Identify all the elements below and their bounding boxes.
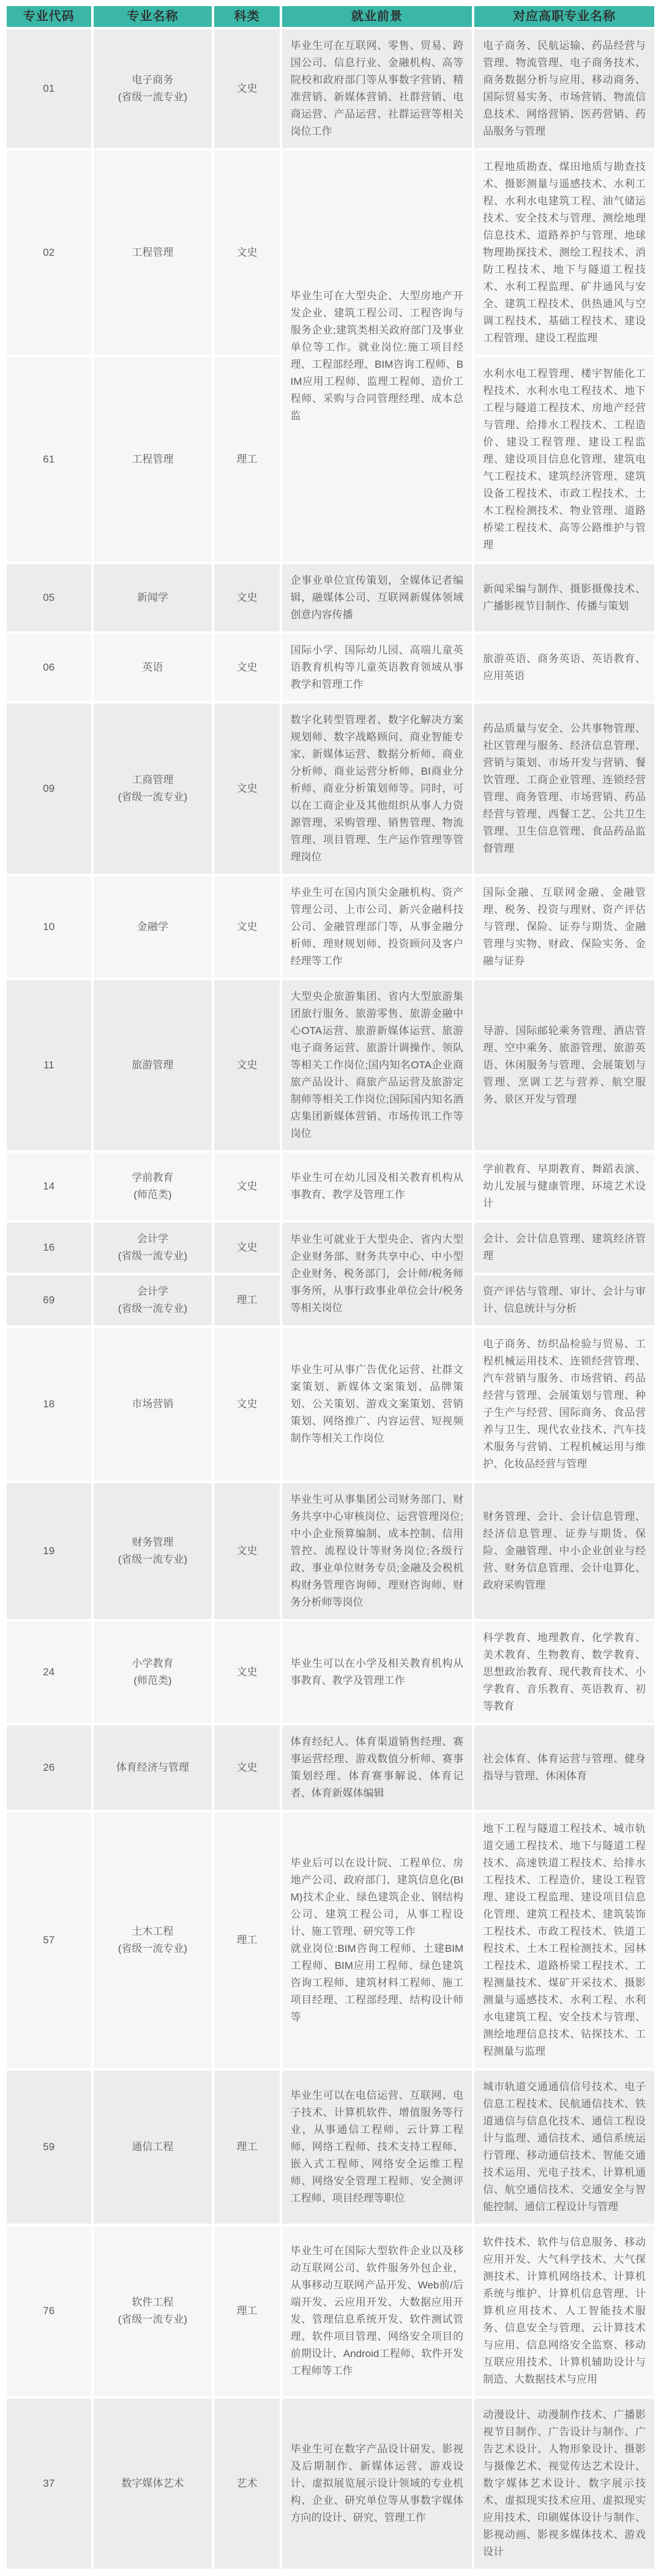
- major-name-note: (省级一流专业): [96, 2311, 210, 2328]
- major-name: 金融学: [94, 876, 212, 978]
- subject-type: 理工: [214, 357, 279, 562]
- subject-type: 文史: [214, 564, 279, 631]
- major-name: 市场营销: [94, 1328, 212, 1481]
- major-name-text: 工程管理: [96, 244, 210, 261]
- employment-prospects: 毕业生可以在电信运营、互联网、电子技术、计算机软件、增值服务等行业，从事通信工程…: [282, 2071, 472, 2224]
- major-name: 旅游管理: [94, 980, 212, 1150]
- major-name-text: 体育经济与管理: [96, 1759, 210, 1776]
- subject-type: 理工: [214, 2071, 279, 2224]
- major-code: 18: [7, 1328, 91, 1481]
- major-name: 通信工程: [94, 2071, 212, 2224]
- employment-prospects: 毕业生可在互联网、零售、贸易、跨国公司、信息行业、金融机构、高等院校和政府部门等…: [282, 29, 472, 148]
- table-row: 26 体育经济与管理 文史 体育经纪人、体育渠道销售经理、赛事运营经理、游戏数值…: [7, 1725, 654, 1810]
- employment-prospects-merged: 毕业生可就业于大型央企、省内大型企业财务部、财务共享中心、中小型企业财务、税务部…: [282, 1223, 472, 1325]
- vocational-majors: 会计、会计信息管理、建筑经济管理: [474, 1223, 654, 1273]
- major-name-text: 英语: [96, 659, 210, 676]
- employment-prospects: 毕业生可在国际大型软件企业以及移动互联网公司、软件服务外包企业，从事移动互联网产…: [282, 2226, 472, 2396]
- major-name-text: 市场营销: [96, 1396, 210, 1413]
- table-row: 19 财务管理(省级一流专业) 文史 毕业生可从事集团公司财务部门、财务共享中心…: [7, 1483, 654, 1619]
- subject-type: 文史: [214, 151, 279, 355]
- major-name: 会计学(省级一流专业): [94, 1275, 212, 1325]
- table-row: 57 土木工程(省级一流专业) 理工 毕业后可以在设计院、工程单位、房地产公司、…: [7, 1812, 654, 2068]
- vocational-majors: 地下工程与隧道工程技术、城市轨道交通工程技术、地下与隧道工程技术、高速铁道工程技…: [474, 1812, 654, 2068]
- employment-prospects: 企事业单位宣传策划，全媒体记者编辑，融媒体公司、互联网新媒体领域创意内容传播: [282, 564, 472, 631]
- major-code: 19: [7, 1483, 91, 1619]
- majors-table-page: 专业代码 专业名称 科类 就业前景 对应高职专业名称 01 电子商务(省级一流专…: [0, 0, 661, 2576]
- subject-type: 文史: [214, 1153, 279, 1220]
- major-code: 16: [7, 1223, 91, 1273]
- vocational-majors: 动漫设计、动漫制作技术、广播影视节目制作、广告设计与制作、广告艺术设计、人物形象…: [474, 2399, 654, 2569]
- major-name-note: (省级一流专业): [96, 789, 210, 806]
- major-name-text: 旅游管理: [96, 1057, 210, 1074]
- header-major-name: 专业名称: [94, 6, 212, 27]
- subject-type: 文史: [214, 876, 279, 978]
- major-code: 02: [7, 151, 91, 355]
- employment-prospects: 体育经纪人、体育渠道销售经理、赛事运营经理、游戏数值分析师、赛事策划经理、体育赛…: [282, 1725, 472, 1810]
- vocational-majors: 社会体育、体育运营与管理、健身指导与管理、休闲体育: [474, 1725, 654, 1810]
- header-employment-prospects: 就业前景: [282, 6, 472, 27]
- subject-type: 文史: [214, 634, 279, 701]
- major-code: 59: [7, 2071, 91, 2224]
- table-row: 02 工程管理 文史 毕业生可在大型央企、大型房地产开发企业、建筑工程公司、工程…: [7, 151, 654, 355]
- major-name: 软件工程(省级一流专业): [94, 2226, 212, 2396]
- table-row: 11 旅游管理 文史 大型央企旅游集团、省内大型旅游集团旅行服务、旅游零售、旅游…: [7, 980, 654, 1150]
- table-row: 16 会计学(省级一流专业) 文史 毕业生可就业于大型央企、省内大型企业财务部、…: [7, 1223, 654, 1273]
- vocational-majors: 科学教育、地理教育、化学教育、美术教育、生物教育、数学教育、思想政治教育、现代教…: [474, 1621, 654, 1723]
- table-row: 24 小学教育(师范类) 文史 毕业生可以在小学及相关教育机构从事教育、教学及管…: [7, 1621, 654, 1723]
- major-name-text: 金融学: [96, 918, 210, 936]
- vocational-majors: 学前教育、早期教育、舞蹈表演、幼儿发展与健康管理、环境艺术设计: [474, 1153, 654, 1220]
- subject-type: 文史: [214, 704, 279, 874]
- major-code: 61: [7, 357, 91, 562]
- major-name: 学前教育(师范类): [94, 1153, 212, 1220]
- vocational-majors: 药品质量与安全、公共事物管理、社区管理与服务、经济信息管理、营销与策划、市场开发…: [474, 704, 654, 874]
- table-row: 05 新闻学 文史 企事业单位宣传策划，全媒体记者编辑，融媒体公司、互联网新媒体…: [7, 564, 654, 631]
- major-code: 06: [7, 634, 91, 701]
- major-name-note: (省级一流专业): [96, 89, 210, 106]
- vocational-majors: 水利水电工程管理、楼宇智能化工程技术、水利水电工程技术、地下工程与隧道工程技术、…: [474, 357, 654, 562]
- vocational-majors: 财务管理、会计、会计信息管理、经济信息管理、证券与期货、保险、金融管理、中小企业…: [474, 1483, 654, 1619]
- major-code: 09: [7, 704, 91, 874]
- vocational-majors: 电子商务、民航运输、药品经营与管理、物流管理、电子商务技术、商务数据分析与应用、…: [474, 29, 654, 148]
- major-name: 土木工程(省级一流专业): [94, 1812, 212, 2068]
- vocational-majors: 电子商务、纺织品检验与贸易、工程机械运用技术、连锁经营管理、汽车营销与服务、市场…: [474, 1328, 654, 1481]
- major-name-text: 小学教育: [96, 1655, 210, 1672]
- header-major-code: 专业代码: [7, 6, 91, 27]
- employment-prospects-merged: 毕业生可在大型央企、大型房地产开发企业、建筑工程公司、工程咨询与服务企业;建筑类…: [282, 151, 472, 562]
- employment-prospects: 毕业生可以在小学及相关教育机构从事教育、教学及管理工作: [282, 1621, 472, 1723]
- major-name-note: (师范类): [96, 1672, 210, 1689]
- major-name: 会计学(省级一流专业): [94, 1223, 212, 1273]
- major-name-text: 工程管理: [96, 451, 210, 468]
- employment-prospects: 毕业生可在数字产品设计研发、影视及后期制作、新媒体运营、游戏设计、虚拟展览展示设…: [282, 2399, 472, 2569]
- table-row: 10 金融学 文史 毕业生可在国内顶尖金融机构、资产管理公司、上市公司、新兴金融…: [7, 876, 654, 978]
- employment-prospects: 大型央企旅游集团、省内大型旅游集团旅行服务、旅游零售、旅游金融中心OTA运营、旅…: [282, 980, 472, 1150]
- subject-type: 文史: [214, 29, 279, 148]
- table-row: 01 电子商务(省级一流专业) 文史 毕业生可在互联网、零售、贸易、跨国公司、信…: [7, 29, 654, 148]
- major-code: 14: [7, 1153, 91, 1220]
- major-code: 37: [7, 2399, 91, 2569]
- subject-type: 文史: [214, 1621, 279, 1723]
- vocational-majors: 旅游英语、商务英语、英语教育、应用英语: [474, 634, 654, 701]
- major-name: 数字媒体艺术: [94, 2399, 212, 2569]
- major-name-note: (师范类): [96, 1186, 210, 1204]
- subject-type: 文史: [214, 1483, 279, 1619]
- subject-type: 文史: [214, 980, 279, 1150]
- major-name: 小学教育(师范类): [94, 1621, 212, 1723]
- major-code: 10: [7, 876, 91, 978]
- employment-prospects: 毕业生可在国内顶尖金融机构、资产管理公司、上市公司、新兴金融科技公司、金融管理部…: [282, 876, 472, 978]
- table-row: 09 工商管理(省级一流专业) 文史 数字化转型管理者、数字化解决方案规划师、数…: [7, 704, 654, 874]
- employment-prospects: 数字化转型管理者、数字化解决方案规划师、数字战略顾问、商业智能专家、新媒体运营、…: [282, 704, 472, 874]
- vocational-majors: 导游、国际邮轮乘务管理、酒店管理、空中乘务、旅游管理、旅游英语、休闲服务与管理、…: [474, 980, 654, 1150]
- table-row: 37 数字媒体艺术 艺术 毕业生可在数字产品设计研发、影视及后期制作、新媒体运营…: [7, 2399, 654, 2569]
- vocational-majors: 城市轨道交通通信信号技术、电子信息工程技术、民航通信技术、铁道通信与信息化技术、…: [474, 2071, 654, 2224]
- major-code: 24: [7, 1621, 91, 1723]
- employment-prospects: 毕业后可以在设计院、工程单位、房地产公司、政府部门、建筑信息化(BIM)技术企业…: [282, 1812, 472, 2068]
- subject-type: 文史: [214, 1328, 279, 1481]
- major-name-text: 财务管理: [96, 1534, 210, 1551]
- vocational-majors: 新闻采编与制作、摄影摄像技术、广播影视节目制作、传播与策划: [474, 564, 654, 631]
- major-name-note: (省级一流专业): [96, 1940, 210, 1957]
- major-name-text: 通信工程: [96, 2139, 210, 2156]
- major-name-text: 电子商务: [96, 72, 210, 89]
- employment-prospects: 毕业生可从事集团公司财务部门、财务共享中心审核岗位、运营管理岗位;中小企业预算编…: [282, 1483, 472, 1619]
- major-name-text: 新闻学: [96, 589, 210, 606]
- header-subject-type: 科类: [214, 6, 279, 27]
- subject-type: 理工: [214, 1812, 279, 2068]
- subject-type: 文史: [214, 1725, 279, 1810]
- major-name-text: 土木工程: [96, 1923, 210, 1940]
- majors-table: 专业代码 专业名称 科类 就业前景 对应高职专业名称 01 电子商务(省级一流专…: [4, 4, 657, 2571]
- employment-prospects: 国际小学、国际幼儿园、高端儿童英语教育机构等儿童英语教育领域从事教学和管理工作: [282, 634, 472, 701]
- table-row: 76 软件工程(省级一流专业) 理工 毕业生可在国际大型软件企业以及移动互联网公…: [7, 2226, 654, 2396]
- major-name: 新闻学: [94, 564, 212, 631]
- employment-prospects: 毕业生可从事广告优化运营、社群文案策划、新媒体文案策划、品牌策划、公关策划、游戏…: [282, 1328, 472, 1481]
- major-name-text: 学前教育: [96, 1169, 210, 1186]
- major-name: 英语: [94, 634, 212, 701]
- major-name: 财务管理(省级一流专业): [94, 1483, 212, 1619]
- vocational-majors: 软件技术、软件与信息服务、移动应用开发、大气科学技术、大气探测技术、计算机网络技…: [474, 2226, 654, 2396]
- vocational-majors: 资产评估与管理、审计、会计与审计、信息统计与分析: [474, 1275, 654, 1325]
- table-row: 14 学前教育(师范类) 文史 毕业生可在幼儿园及相关教育机构从事教育、教学及管…: [7, 1153, 654, 1220]
- subject-type: 理工: [214, 2226, 279, 2396]
- table-row: 06 英语 文史 国际小学、国际幼儿园、高端儿童英语教育机构等儿童英语教育领域从…: [7, 634, 654, 701]
- major-code: 26: [7, 1725, 91, 1810]
- subject-type: 艺术: [214, 2399, 279, 2569]
- major-name-note: (省级一流专业): [96, 1248, 210, 1265]
- subject-type: 文史: [214, 1223, 279, 1273]
- major-name-note: (省级一流专业): [96, 1551, 210, 1568]
- major-code: 01: [7, 29, 91, 148]
- major-name-text: 数字媒体艺术: [96, 2475, 210, 2492]
- major-code: 05: [7, 564, 91, 631]
- major-name-text: 软件工程: [96, 2294, 210, 2311]
- vocational-majors: 国际金融、互联网金融、金融管理、税务、投资与理财、资产评估与管理、保险、证券与期…: [474, 876, 654, 978]
- table-row: 59 通信工程 理工 毕业生可以在电信运营、互联网、电子技术、计算机软件、增值服…: [7, 2071, 654, 2224]
- major-name-text: 会计学: [96, 1230, 210, 1248]
- table-row: 18 市场营销 文史 毕业生可从事广告优化运营、社群文案策划、新媒体文案策划、品…: [7, 1328, 654, 1481]
- header-vocational-majors: 对应高职专业名称: [474, 6, 654, 27]
- major-code: 57: [7, 1812, 91, 2068]
- employment-prospects: 毕业生可在幼儿园及相关教育机构从事教育、教学及管理工作: [282, 1153, 472, 1220]
- major-name-text: 会计学: [96, 1283, 210, 1300]
- vocational-majors: 工程地质勘查、煤田地质与勘查技术、摄影测量与遥感技术、水利工程、水利水电建筑工程…: [474, 151, 654, 355]
- major-code: 76: [7, 2226, 91, 2396]
- major-name-note: (省级一流专业): [96, 1300, 210, 1317]
- major-name: 工程管理: [94, 151, 212, 355]
- major-name: 工程管理: [94, 357, 212, 562]
- header-row: 专业代码 专业名称 科类 就业前景 对应高职专业名称: [7, 6, 654, 27]
- major-code: 11: [7, 980, 91, 1150]
- major-name: 工商管理(省级一流专业): [94, 704, 212, 874]
- major-name: 体育经济与管理: [94, 1725, 212, 1810]
- major-code: 69: [7, 1275, 91, 1325]
- subject-type: 理工: [214, 1275, 279, 1325]
- major-name-text: 工商管理: [96, 772, 210, 789]
- major-name: 电子商务(省级一流专业): [94, 29, 212, 148]
